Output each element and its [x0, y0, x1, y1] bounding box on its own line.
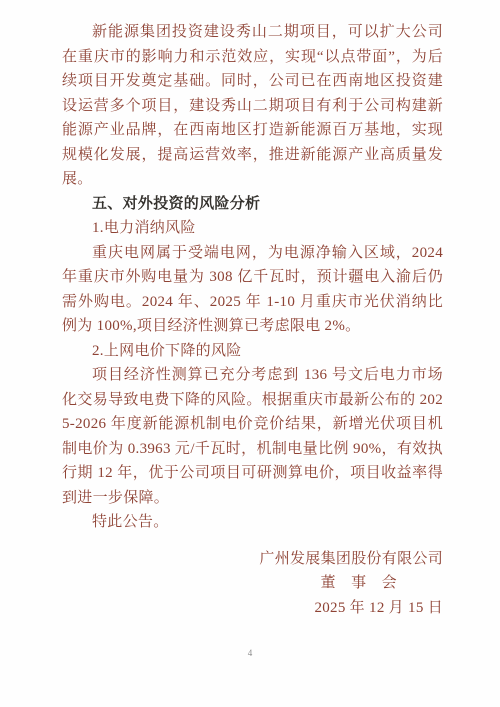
document-content: 新能源集团投资建设秀山二期项目，可以扩大公司在重庆市的影响力和示范效应，实现“以… — [62, 20, 443, 620]
signature-date: 2025 年 12 月 15 日 — [62, 596, 443, 621]
company-signature: 广州发展集团股份有限公司 — [62, 547, 443, 572]
signature-block: 广州发展集团股份有限公司 董 事 会 2025 年 12 月 15 日 — [62, 547, 443, 621]
document-page: 新能源集团投资建设秀山二期项目，可以扩大公司在重庆市的影响力和示范效应，实现“以… — [0, 0, 500, 707]
page-number: 4 — [248, 648, 253, 658]
closing-line: 特此公告。 — [62, 510, 443, 535]
page-footer: 4 — [0, 643, 500, 661]
section5-heading: 五、对外投资的风险分析 — [62, 192, 443, 217]
risk1-paragraph: 重庆电网属于受端电网，为电源净输入区域，2024 年重庆市外购电量为 308 亿… — [62, 241, 443, 339]
board-signature: 董 事 会 — [62, 571, 443, 596]
risk2-paragraph: 项目经济性测算已充分考虑到 136 号文后电力市场化交易导致电费下降的风险。根据… — [62, 363, 443, 510]
intro-paragraph: 新能源集团投资建设秀山二期项目，可以扩大公司在重庆市的影响力和示范效应，实现“以… — [62, 20, 443, 192]
risk2-heading: 2.上网电价下降的风险 — [62, 339, 443, 364]
risk1-heading: 1.电力消纳风险 — [62, 216, 443, 241]
